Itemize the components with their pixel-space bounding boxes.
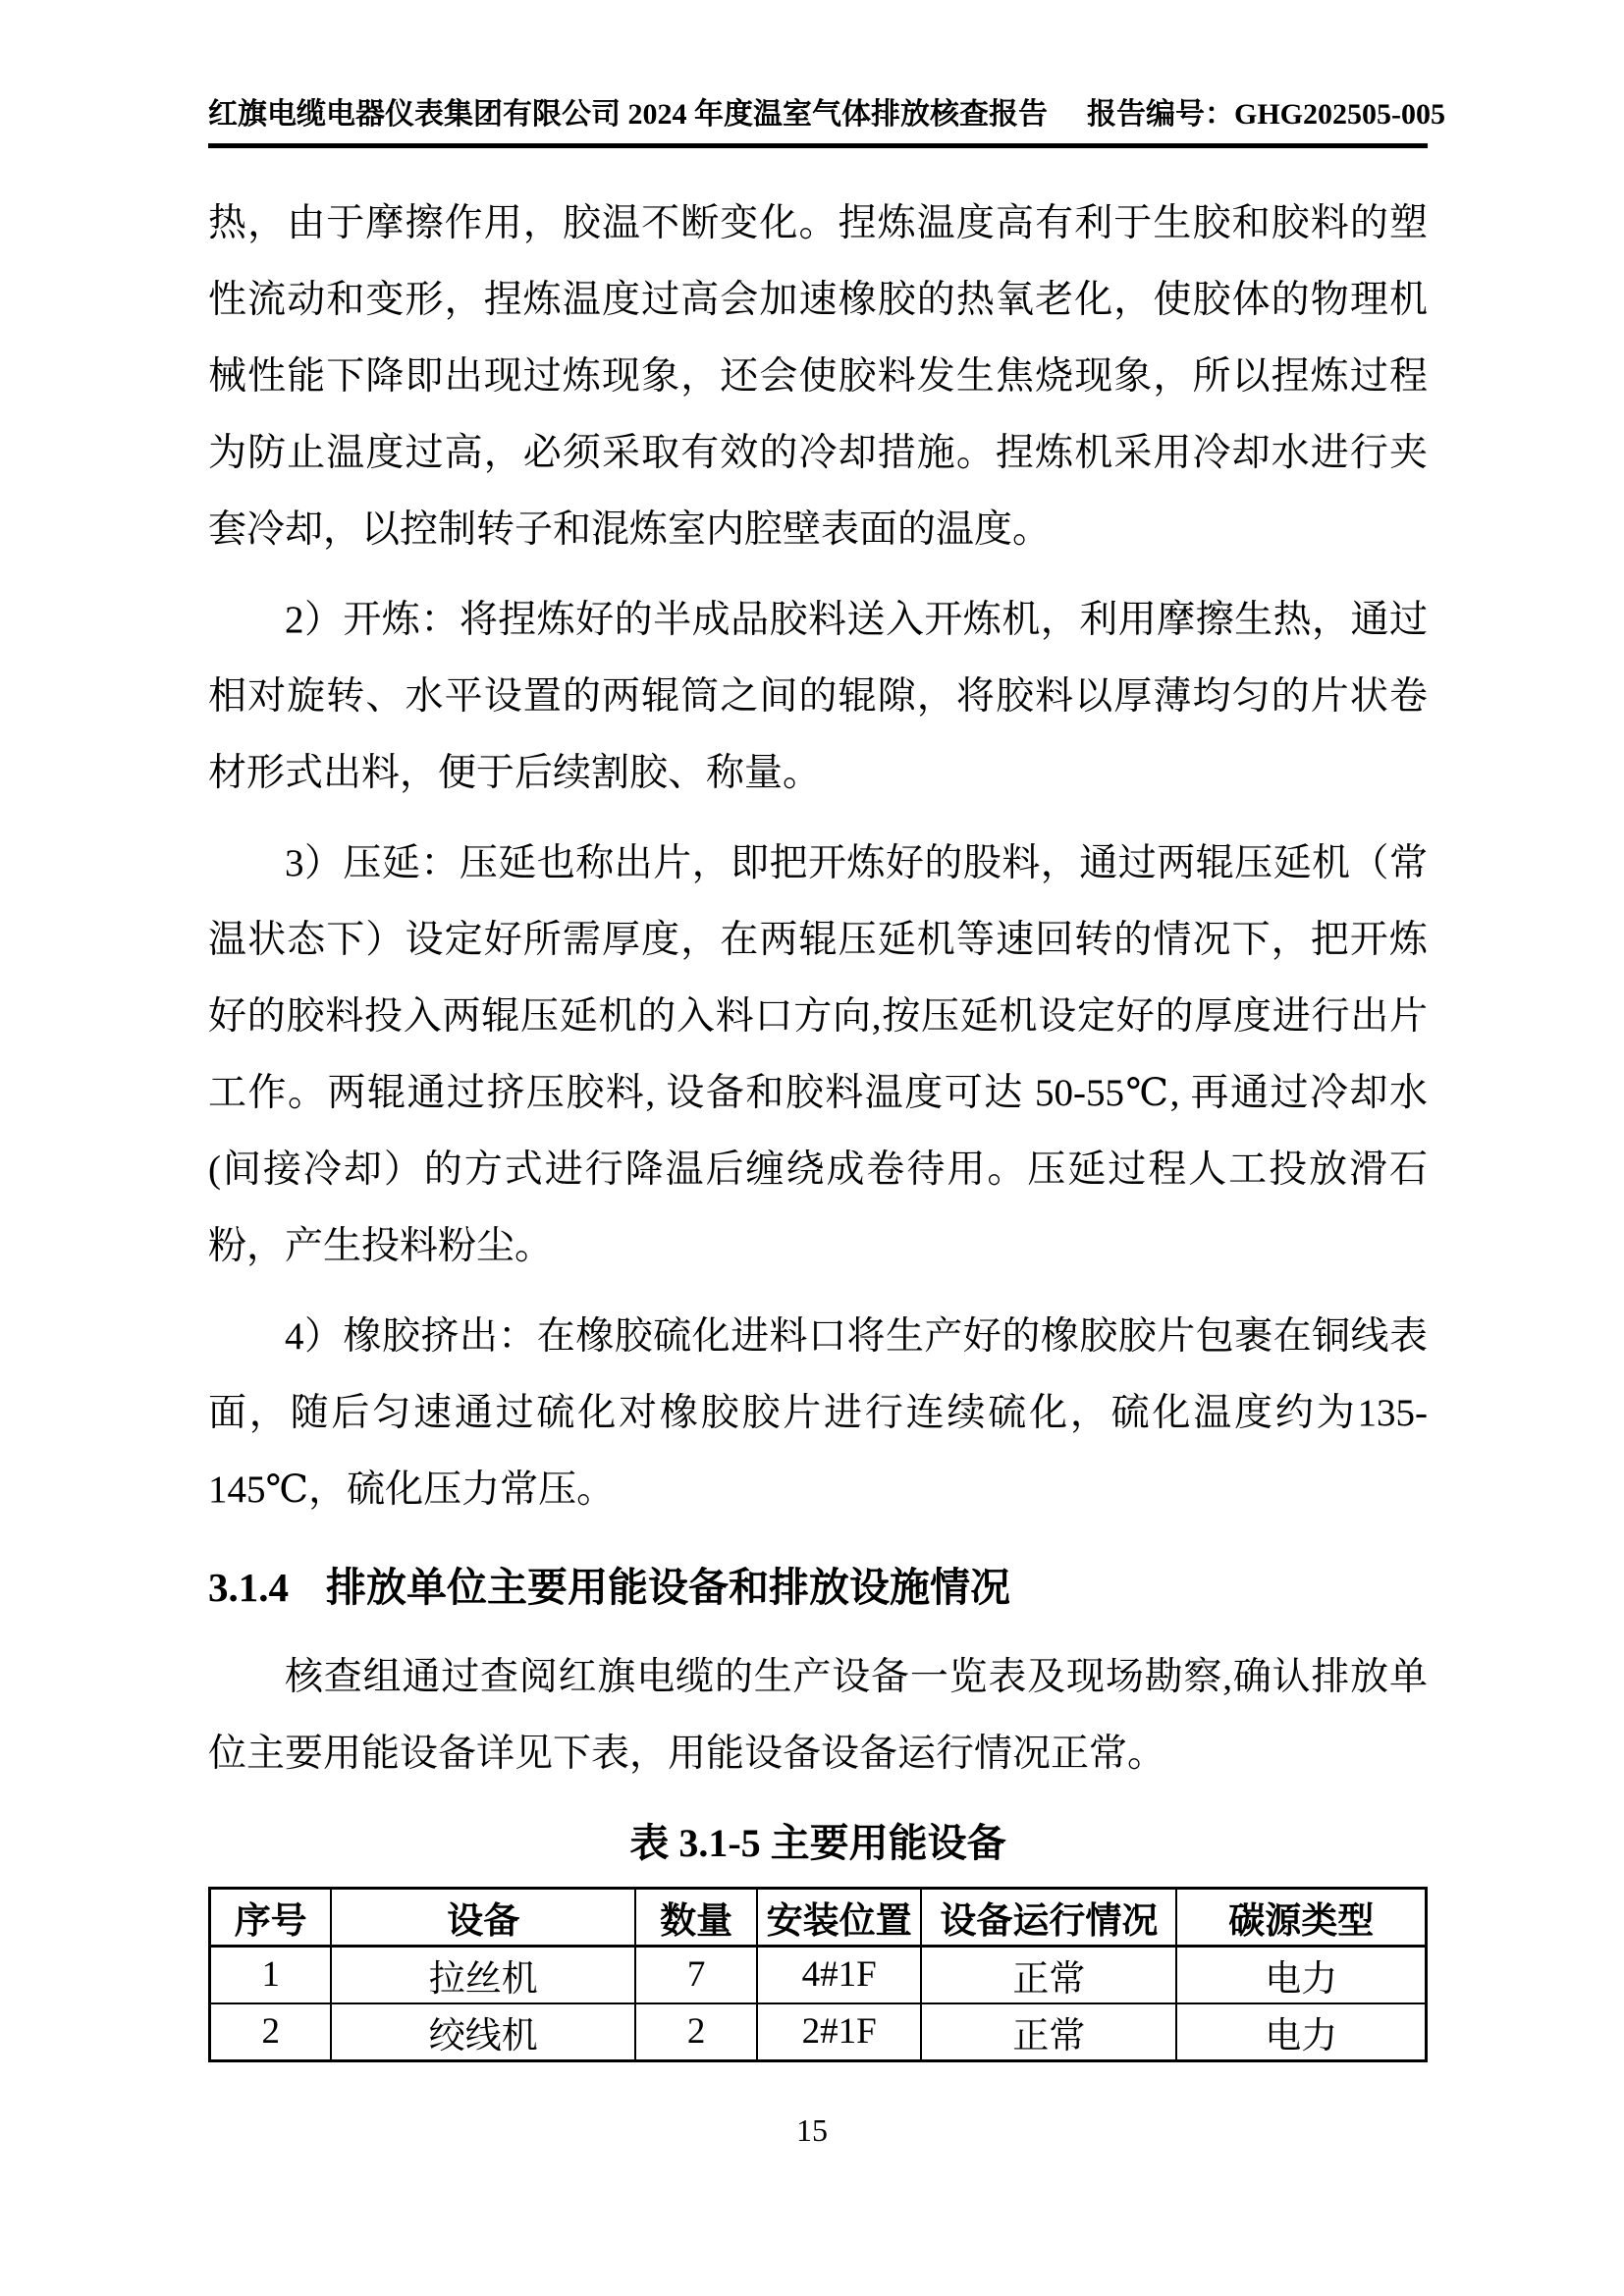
section-number: 3.1.4 — [208, 1565, 289, 1610]
header-report-number: 报告编号：GHG202505-005 — [1087, 96, 1445, 133]
paragraph-rubber-extrusion: 4）橡胶挤出：在橡胶硫化进料口将生产好的橡胶胶片包裹在铜线表面，随后匀速通过硫化… — [208, 1299, 1428, 1528]
cell-location: 2#1F — [757, 2003, 921, 2061]
document-page: 红旗电缆电器仪表集团有限公司 2024 年度温室气体排放核查报告 报告编号：GH… — [0, 0, 1624, 2296]
cell-location: 4#1F — [757, 1946, 921, 2003]
paragraph-mixing-continued: 热，由于摩擦作用，胶温不断变化。捏炼温度高有利于生胶和胶料的塑性流动和变形，捏炼… — [208, 186, 1428, 568]
equipment-table-header: 序号 设备 数量 安装位置 设备运行情况 碳源类型 — [210, 1888, 1427, 1946]
col-header-quantity: 数量 — [635, 1888, 757, 1946]
cell-carbon-source: 电力 — [1176, 1946, 1426, 2003]
page-number: 15 — [0, 2112, 1624, 2149]
header-document-title: 红旗电缆电器仪表集团有限公司 2024 年度温室气体排放核查报告 — [208, 96, 1048, 133]
cell-device: 拉丝机 — [331, 1946, 635, 2003]
paragraph-open-milling: 2）开炼：将捏炼好的半成品胶料送入开炼机，利用摩擦生热，通过相对旋转、水平设置的… — [208, 582, 1428, 812]
table-row: 1 拉丝机 7 4#1F 正常 电力 — [210, 1946, 1427, 2003]
cell-carbon-source: 电力 — [1176, 2003, 1426, 2061]
equipment-table-body: 1 拉丝机 7 4#1F 正常 电力 2 绞线机 2 2#1F 正常 电力 — [210, 1946, 1427, 2060]
col-header-device: 设备 — [331, 1888, 635, 1946]
col-header-carbon-source: 碳源类型 — [1176, 1888, 1426, 1946]
paragraph-equipment-intro: 核查组通过查阅红旗电缆的生产设备一览表及现场勘察,确认排放单位主要用能设备详见下… — [208, 1639, 1428, 1792]
col-header-location: 安装位置 — [757, 1888, 921, 1946]
cell-device: 绞线机 — [331, 2003, 635, 2061]
section-heading-3-1-4: 3.1.4排放单位主要用能设备和排放设施情况 — [208, 1562, 1428, 1614]
cell-index: 1 — [210, 1946, 332, 2003]
table-header-row: 序号 设备 数量 安装位置 设备运行情况 碳源类型 — [210, 1888, 1427, 1946]
equipment-table: 序号 设备 数量 安装位置 设备运行情况 碳源类型 1 拉丝机 7 4#1F 正… — [208, 1887, 1428, 2062]
table-caption: 表 3.1-5 主要用能设备 — [208, 1818, 1428, 1869]
page-body: 热，由于摩擦作用，胶温不断变化。捏炼温度高有利于生胶和胶料的塑性流动和变形，捏炼… — [208, 148, 1428, 2062]
section-title: 排放单位主要用能设备和排放设施情况 — [326, 1565, 1010, 1610]
cell-run-status: 正常 — [921, 2003, 1176, 2061]
cell-index: 2 — [210, 2003, 332, 2061]
cell-quantity: 7 — [635, 1946, 757, 2003]
cell-quantity: 2 — [635, 2003, 757, 2061]
table-row: 2 绞线机 2 2#1F 正常 电力 — [210, 2003, 1427, 2061]
col-header-index: 序号 — [210, 1888, 332, 1946]
running-header: 红旗电缆电器仪表集团有限公司 2024 年度温室气体排放核查报告 报告编号：GH… — [208, 0, 1428, 148]
cell-run-status: 正常 — [921, 1946, 1176, 2003]
col-header-run-status: 设备运行情况 — [921, 1888, 1176, 1946]
paragraph-calendering: 3）压延：压延也称出片，即把开炼好的股料，通过两辊压延机（常温状态下）设定好所需… — [208, 826, 1428, 1285]
